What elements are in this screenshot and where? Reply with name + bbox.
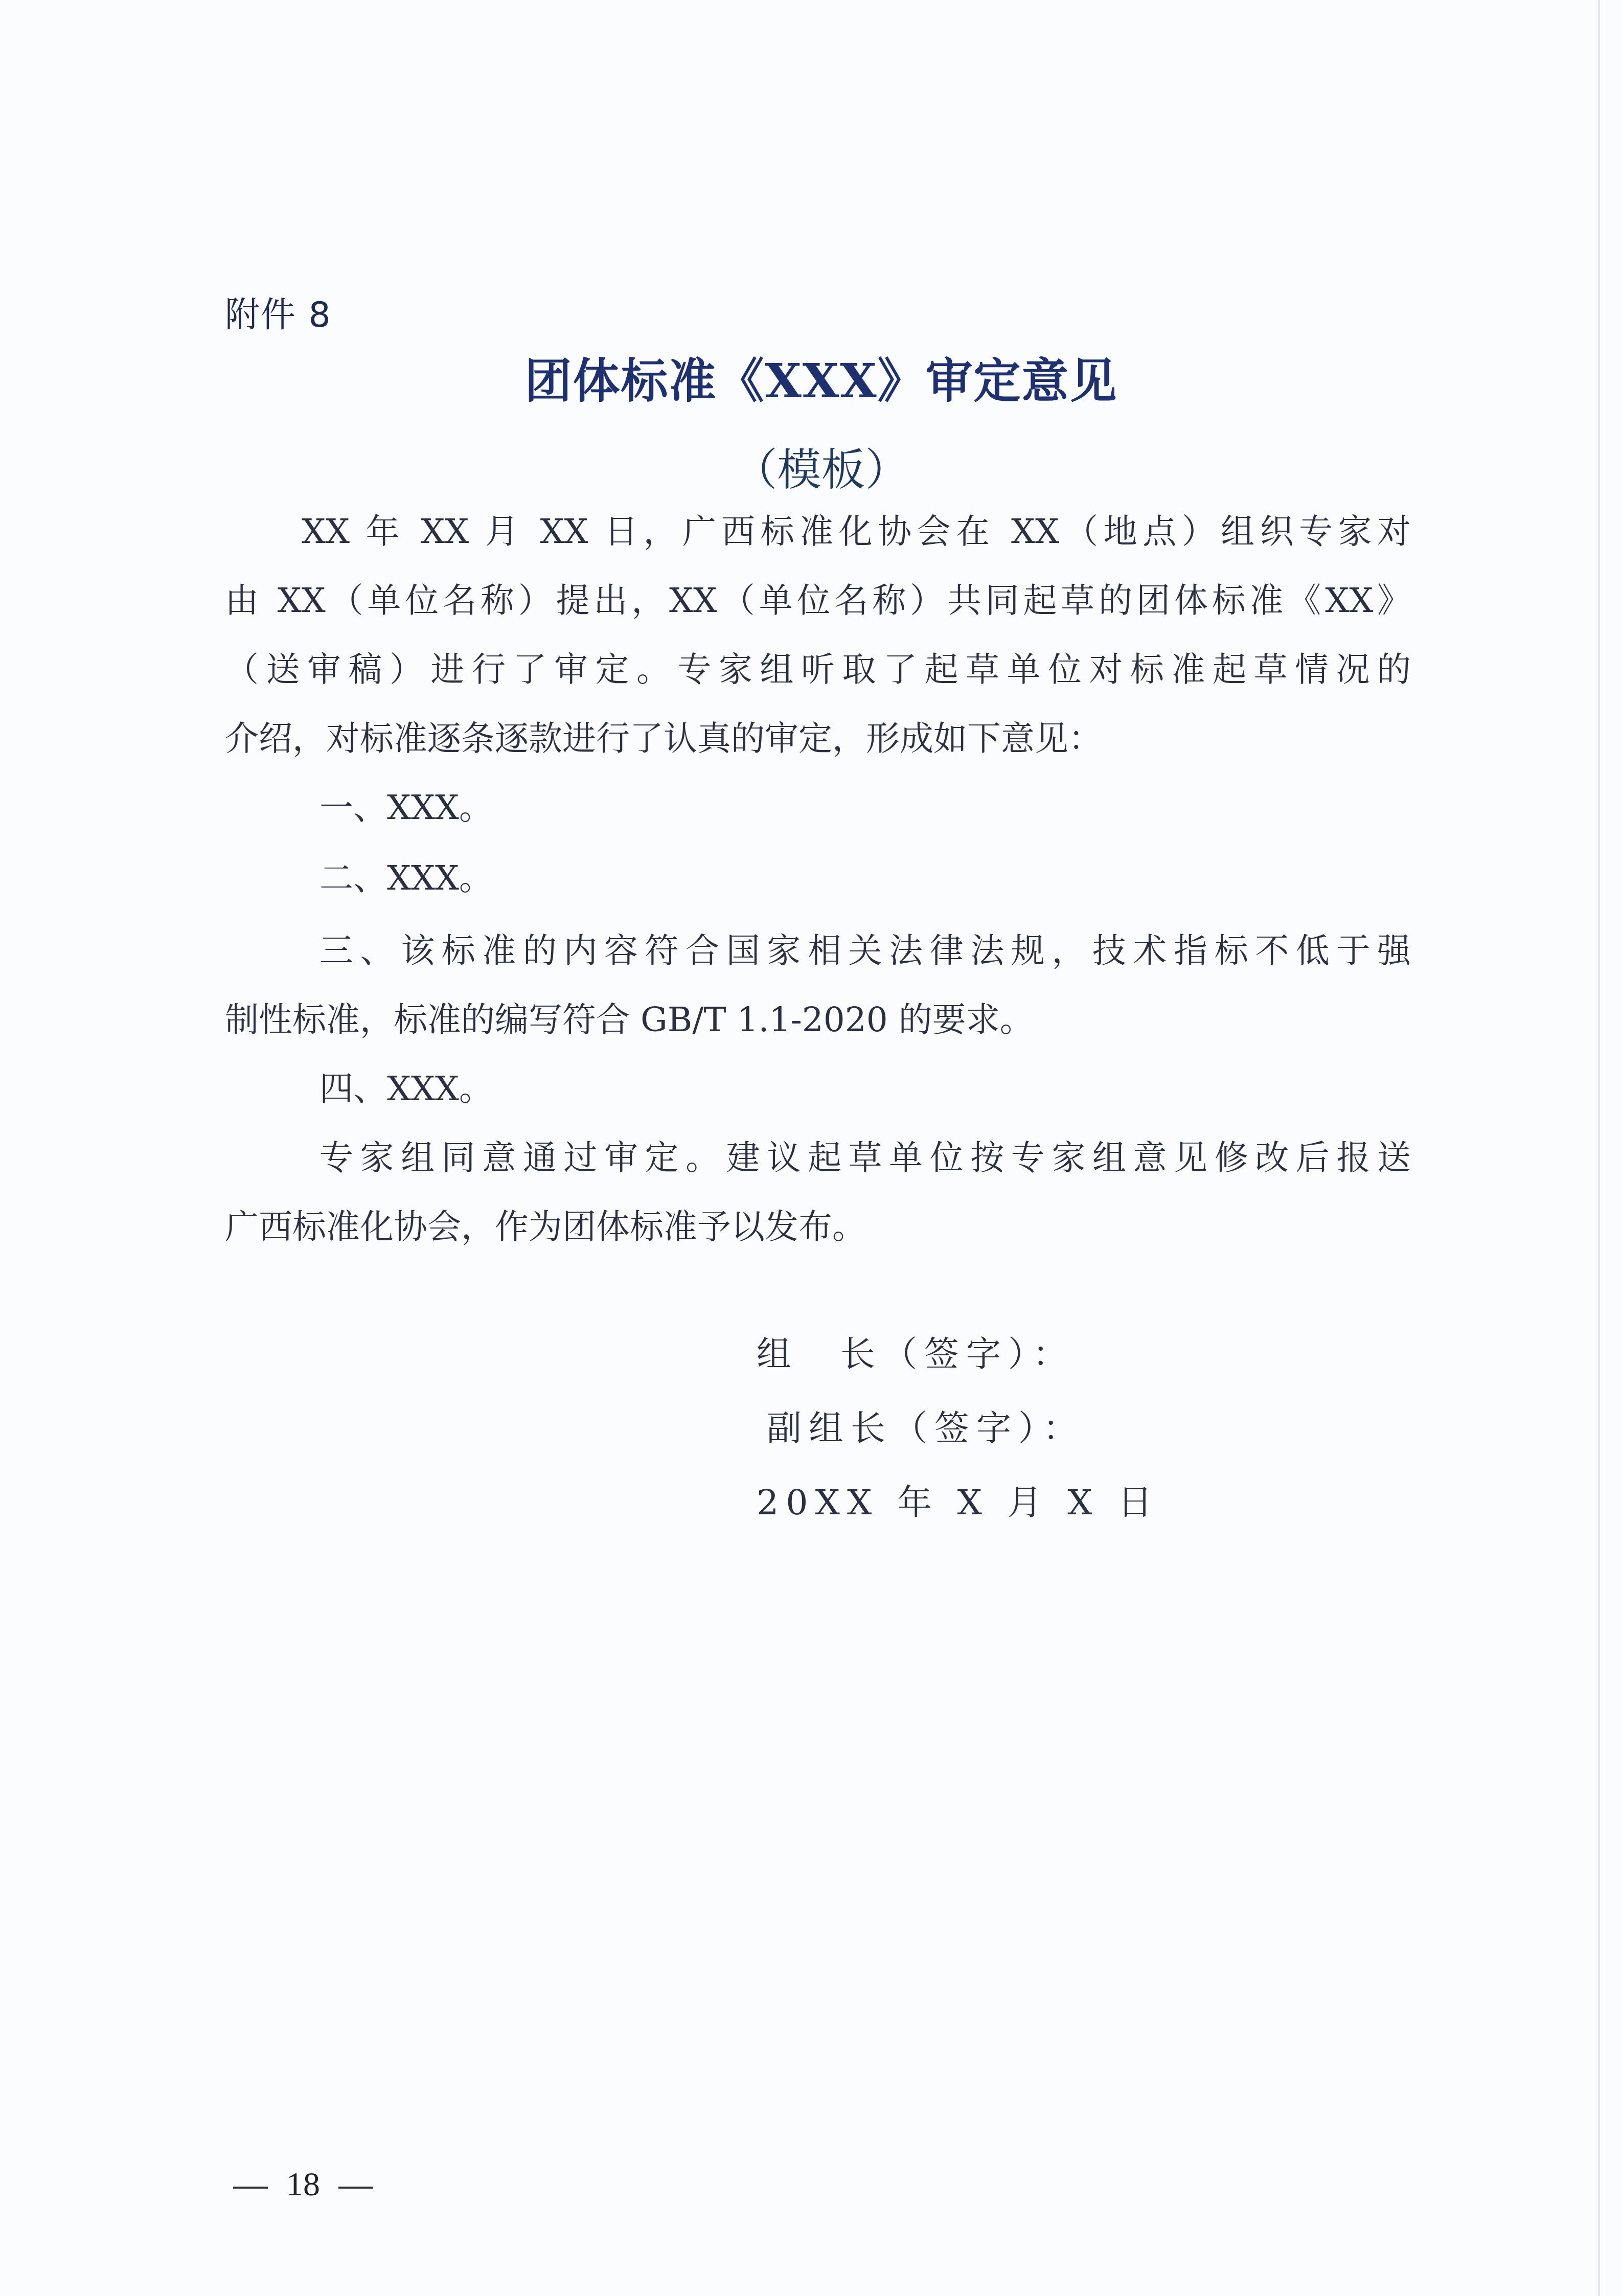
document-title: 团体标准《XXX》审定意见 [0, 344, 1622, 411]
page-number: 18 [286, 2166, 320, 2203]
body-line: XX 年 XX 月 XX 日，广西标准化协会在 XX（地点）组织专家对 [302, 511, 1411, 552]
body-line: 由 XX（单位名称）提出，XX（单位名称）共同起草的团体标准《XX》 [225, 580, 1411, 621]
signature-date: 20XX 年 X 月 X 日 [757, 1483, 1159, 1524]
dash-right [338, 2187, 373, 2189]
document-subtitle: （模板） [0, 435, 1622, 498]
conclusion-line: 专家组同意通过审定。建议起草单位按专家组意见修改后报送 [319, 1138, 1411, 1178]
opinion-item-3: 三、该标准的内容符合国家相关法律法规，技术指标不低于强 [319, 930, 1411, 971]
dash-left [233, 2187, 268, 2189]
leader-signature-label: 组 长（签字）： [757, 1334, 1075, 1375]
body-line: （送审稿）进行了审定。专家组听取了起草单位对标准起草情况的 [225, 649, 1411, 690]
deputy-leader-signature-label: 副组长（签字）： [767, 1408, 1085, 1449]
page-footer: 18 [215, 2165, 392, 2204]
annex-label: 附件 8 [225, 287, 332, 337]
body-line: 介绍，对标准逐条逐款进行了认真的审定，形成如下意见： [225, 718, 1102, 759]
opinion-item-1: 一、XXX。 [319, 787, 493, 828]
conclusion-line: 广西标准化协会，作为团体标准予以发布。 [225, 1207, 866, 1247]
opinion-item-3-continued: 制性标准，标准的编写符合 GB/T 1.1-2020 的要求。 [225, 999, 1034, 1040]
opinion-item-2: 二、XXX。 [319, 858, 493, 899]
opinion-item-4: 四、XXX。 [319, 1069, 493, 1109]
